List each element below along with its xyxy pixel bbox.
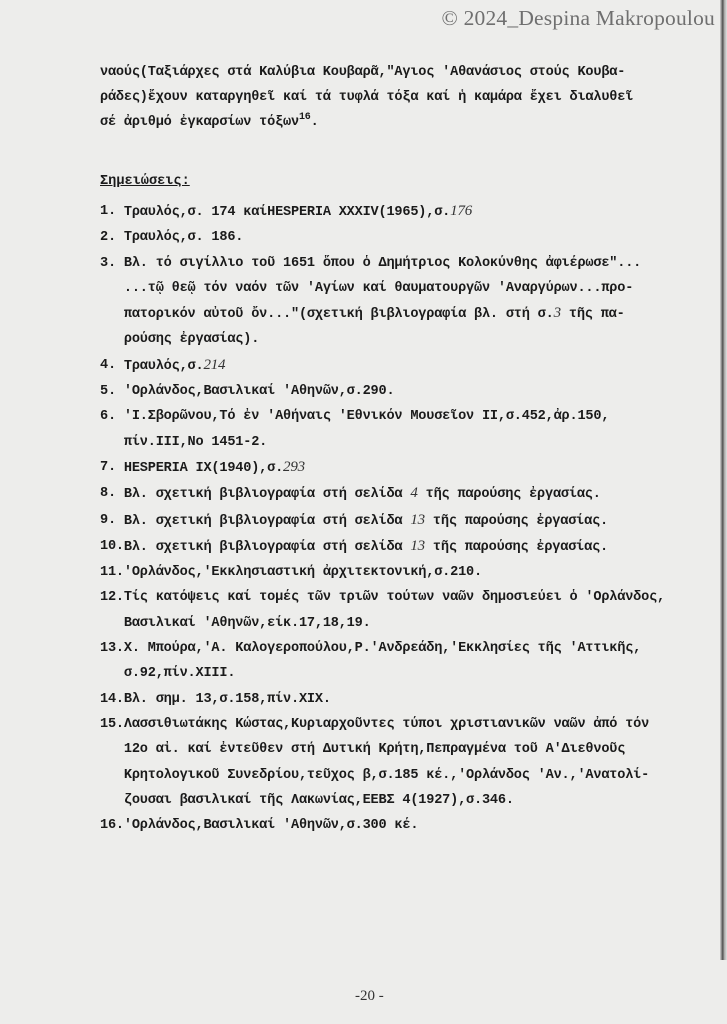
handwritten-page-number: 13 — [410, 512, 425, 528]
note-line-text: Χ. Μπούρα,'Α. Καλογεροπούλου,Ρ.'Ανδρεάδη… — [124, 641, 641, 656]
note-line: Βλ. τό σιγίλλιο τοῦ 1651 ὅπου ὁ Δημήτριο… — [124, 251, 720, 276]
note-line: 'Ι.Σβορῶνου,Τό ἐν 'Αθήναις 'Εθνικόν Μουσ… — [124, 404, 720, 429]
footnote-reference[interactable]: 16 — [299, 112, 311, 123]
note-item: 13.Χ. Μπούρα,'Α. Καλογεροπούλου,Ρ.'Ανδρε… — [100, 636, 720, 687]
handwritten-page-number: 3 — [554, 305, 561, 321]
handwritten-page-number: 176 — [450, 203, 472, 219]
note-line-text: Τραυλός,σ. 186. — [124, 230, 243, 245]
note-item: 2. Τραυλός,σ. 186. — [100, 225, 720, 250]
note-number: 15. — [100, 712, 124, 813]
note-line: ρούσης ἐργασίας). — [124, 327, 720, 352]
handwritten-page-number: 13 — [410, 538, 425, 554]
note-text: Βλ. σημ. 13,σ.158,πίν.ΧΙΧ. — [124, 687, 720, 712]
note-text: Λασσιθιωτάκης Κώστας,Κυριαρχοῦντες τύποι… — [124, 712, 720, 813]
note-line-text: 'Ι.Σβορῶνου,Τό ἐν 'Αθήναις 'Εθνικόν Μουσ… — [124, 409, 609, 424]
note-line-text: ...τῷ θεῷ τόν ναόν τῶν 'Αγίων καί θαυματ… — [124, 281, 633, 296]
note-text: Βλ. σχετική βιβλιογραφία στή σελίδα 13 τ… — [124, 534, 720, 560]
paragraph-end: . — [311, 115, 319, 130]
note-line: πίν.ΙΙΙ,Νο 1451-2. — [124, 430, 720, 455]
note-item: 15.Λασσιθιωτάκης Κώστας,Κυριαρχοῦντες τύ… — [100, 712, 720, 813]
paragraph-line: σέ ἀριθμό ἐγκαρσίων τόξων16. — [100, 110, 710, 135]
note-text: Τίς κατόψεις καί τομές τῶν τριῶν τούτων … — [124, 585, 720, 636]
note-number: 11. — [100, 560, 124, 585]
body-paragraph: ναούς(Ταξιάρχες στά Καλύβια Κουβαρᾶ,"Αγι… — [100, 60, 710, 135]
note-line: Τραυλός,σ.214 — [124, 353, 720, 379]
note-line: HESPERIA IX(1940),σ.293 — [124, 455, 720, 481]
note-line-text: Βλ. σχετική βιβλιογραφία στή σελίδα — [124, 487, 410, 502]
note-item: 1. Τραυλός,σ. 174 καίHESPERIA XXXIV(1965… — [100, 199, 720, 225]
note-text: Βλ. σχετική βιβλιογραφία στή σελίδα 4 τῆ… — [124, 481, 720, 507]
note-item: 5. 'Ορλάνδος,Βασιλικαί 'Αθηνῶν,σ.290. — [100, 379, 720, 404]
note-line-text: 'Ορλάνδος,'Εκκλησιαστική ἀρχιτεκτονική,σ… — [124, 565, 482, 580]
note-item: 8. Βλ. σχετική βιβλιογραφία στή σελίδα 4… — [100, 481, 720, 507]
note-line: σ.92,πίν.ΧΙΙΙ. — [124, 661, 720, 686]
note-line-text: πίν.ΙΙΙ,Νο 1451-2. — [124, 435, 267, 450]
note-number: 1. — [100, 199, 124, 225]
note-line: ...τῷ θεῷ τόν ναόν τῶν 'Αγίων καί θαυματ… — [124, 276, 720, 301]
note-text: Βλ. τό σιγίλλιο τοῦ 1651 ὅπου ὁ Δημήτριο… — [124, 251, 720, 353]
note-line: Χ. Μπούρα,'Α. Καλογεροπούλου,Ρ.'Ανδρεάδη… — [124, 636, 720, 661]
note-text: Τραυλός,σ. 186. — [124, 225, 720, 250]
note-line: Βλ. σημ. 13,σ.158,πίν.ΧΙΧ. — [124, 687, 720, 712]
note-item: 6. 'Ι.Σβορῶνου,Τό ἐν 'Αθήναις 'Εθνικόν Μ… — [100, 404, 720, 455]
note-line-text: Κρητολογικοῦ Συνεδρίου,τεῦχος β,σ.185 κέ… — [124, 768, 649, 783]
note-line-text: 12ο αἰ. καί ἐντεῦθεν στή Δυτική Κρήτη,Πε… — [124, 742, 625, 757]
note-line-text: HESPERIA IX(1940),σ. — [124, 461, 283, 476]
handwritten-page-number: 293 — [283, 459, 305, 475]
note-text: 'Ι.Σβορῶνου,Τό ἐν 'Αθήναις 'Εθνικόν Μουσ… — [124, 404, 720, 455]
note-line-text: τῆς παρούσης ἐργασίας. — [425, 540, 608, 555]
note-line-text: τῆς πα- — [561, 307, 625, 322]
handwritten-page-number: 4 — [410, 485, 417, 501]
note-text: Χ. Μπούρα,'Α. Καλογεροπούλου,Ρ.'Ανδρεάδη… — [124, 636, 720, 687]
handwritten-page-number: 214 — [203, 357, 225, 373]
note-line-text: Τραυλός,σ. — [124, 359, 204, 374]
note-number: 10. — [100, 534, 124, 560]
note-number: 4. — [100, 353, 124, 379]
note-line: Κρητολογικοῦ Συνεδρίου,τεῦχος β,σ.185 κέ… — [124, 763, 720, 788]
note-text: 'Ορλάνδος,Βασιλικαί 'Αθηνῶν,σ.300 κέ. — [124, 813, 720, 838]
paragraph-line: ράδες)ἔχουν καταργηθεῖ καί τά τυφλά τόξα… — [100, 85, 710, 110]
note-line-text: Τίς κατόψεις καί τομές τῶν τριῶν τούτων … — [124, 590, 665, 605]
note-line-text: Βλ. σχετική βιβλιογραφία στή σελίδα — [124, 514, 410, 529]
note-number: 16. — [100, 813, 124, 838]
note-item: 11.'Ορλάνδος,'Εκκλησιαστική ἀρχιτεκτονικ… — [100, 560, 720, 585]
note-text: HESPERIA IX(1940),σ.293 — [124, 455, 720, 481]
note-item: 14.Βλ. σημ. 13,σ.158,πίν.ΧΙΧ. — [100, 687, 720, 712]
note-line: 'Ορλάνδος,Βασιλικαί 'Αθηνῶν,σ.290. — [124, 379, 720, 404]
note-number: 8. — [100, 481, 124, 507]
note-text: 'Ορλάνδος,'Εκκλησιαστική ἀρχιτεκτονική,σ… — [124, 560, 720, 585]
note-number: 2. — [100, 225, 124, 250]
note-item: 12.Τίς κατόψεις καί τομές τῶν τριῶν τούτ… — [100, 585, 720, 636]
note-line-text: Βλ. σχετική βιβλιογραφία στή σελίδα — [124, 540, 410, 555]
note-line: Βλ. σχετική βιβλιογραφία στή σελίδα 4 τῆ… — [124, 481, 720, 507]
note-number: 5. — [100, 379, 124, 404]
note-line: Τραυλός,σ. 174 καίHESPERIA XXXIV(1965),σ… — [124, 199, 720, 225]
notes-heading: Σημειώσεις: — [100, 174, 190, 189]
note-line-text: Βασιλικαί 'Αθηνῶν,είκ.17,18,19. — [124, 616, 371, 631]
note-line: Τίς κατόψεις καί τομές τῶν τριῶν τούτων … — [124, 585, 720, 610]
note-number: 13. — [100, 636, 124, 687]
paragraph-line-text: σέ ἀριθμό ἐγκαρσίων τόξων — [100, 115, 299, 130]
note-text: 'Ορλάνδος,Βασιλικαί 'Αθηνῶν,σ.290. — [124, 379, 720, 404]
note-line: Λασσιθιωτάκης Κώστας,Κυριαρχοῦντες τύποι… — [124, 712, 720, 737]
paragraph-line: ναούς(Ταξιάρχες στά Καλύβια Κουβαρᾶ,"Αγι… — [100, 60, 710, 85]
note-number: 6. — [100, 404, 124, 455]
note-line: πατορικόν αὐτοῦ ὄν..."(σχετική βιβλιογρα… — [124, 301, 720, 327]
note-line-text: τῆς παρούσης ἐργασίας. — [425, 514, 608, 529]
note-line-text: τῆς παρούσης ἐργασίας. — [418, 487, 601, 502]
note-line: Τραυλός,σ. 186. — [124, 225, 720, 250]
note-line-text: σ.92,πίν.ΧΙΙΙ. — [124, 666, 235, 681]
note-item: 9. Βλ. σχετική βιβλιογραφία στή σελίδα 1… — [100, 508, 720, 534]
note-number: 9. — [100, 508, 124, 534]
note-line: 'Ορλάνδος,'Εκκλησιαστική ἀρχιτεκτονική,σ… — [124, 560, 720, 585]
copyright-watermark: © 2024_Despina Makropoulou — [441, 6, 715, 31]
note-number: 12. — [100, 585, 124, 636]
note-text: Βλ. σχετική βιβλιογραφία στή σελίδα 13 τ… — [124, 508, 720, 534]
note-item: 7. HESPERIA IX(1940),σ.293 — [100, 455, 720, 481]
note-line-text: 'Ορλάνδος,Βασιλικαί 'Αθηνῶν,σ.300 κέ. — [124, 818, 418, 833]
note-item: 10.Βλ. σχετική βιβλιογραφία στή σελίδα 1… — [100, 534, 720, 560]
note-item: 3. Βλ. τό σιγίλλιο τοῦ 1651 ὅπου ὁ Δημήτ… — [100, 251, 720, 353]
note-item: 16.'Ορλάνδος,Βασιλικαί 'Αθηνῶν,σ.300 κέ. — [100, 813, 720, 838]
note-line-text: πατορικόν αὐτοῦ ὄν..."(σχετική βιβλιογρα… — [124, 307, 554, 322]
note-line-text: Τραυλός,σ. 174 καίHESPERIA XXXIV(1965),σ… — [124, 205, 450, 220]
note-line-text: Βλ. σημ. 13,σ.158,πίν.ΧΙΧ. — [124, 692, 331, 707]
note-number: 3. — [100, 251, 124, 353]
note-number: 7. — [100, 455, 124, 481]
note-line-text: 'Ορλάνδος,Βασιλικαί 'Αθηνῶν,σ.290. — [124, 384, 395, 399]
note-line: Βασιλικαί 'Αθηνῶν,είκ.17,18,19. — [124, 611, 720, 636]
note-line: Βλ. σχετική βιβλιογραφία στή σελίδα 13 τ… — [124, 508, 720, 534]
note-item: 4. Τραυλός,σ.214 — [100, 353, 720, 379]
scanned-page-edge — [720, 0, 727, 960]
page-number: -20 - — [355, 988, 384, 1005]
note-line-text: Λασσιθιωτάκης Κώστας,Κυριαρχοῦντες τύποι… — [124, 717, 649, 732]
note-line-text: Βλ. τό σιγίλλιο τοῦ 1651 ὅπου ὁ Δημήτριο… — [124, 256, 641, 271]
note-text: Τραυλός,σ.214 — [124, 353, 720, 379]
note-line: 12ο αἰ. καί ἐντεῦθεν στή Δυτική Κρήτη,Πε… — [124, 737, 720, 762]
note-number: 14. — [100, 687, 124, 712]
note-line: ζουσαι βασιλικαί τῆς Λακωνίας,ΕΕΒΣ 4(192… — [124, 788, 720, 813]
document-page: © 2024_Despina Makropoulou ναούς(Ταξιάρχ… — [0, 0, 727, 1024]
notes-list: 1. Τραυλός,σ. 174 καίHESPERIA XXXIV(1965… — [100, 199, 720, 838]
note-text: Τραυλός,σ. 174 καίHESPERIA XXXIV(1965),σ… — [124, 199, 720, 225]
note-line-text: ζουσαι βασιλικαί τῆς Λακωνίας,ΕΕΒΣ 4(192… — [124, 793, 514, 808]
note-line: Βλ. σχετική βιβλιογραφία στή σελίδα 13 τ… — [124, 534, 720, 560]
note-line: 'Ορλάνδος,Βασιλικαί 'Αθηνῶν,σ.300 κέ. — [124, 813, 720, 838]
